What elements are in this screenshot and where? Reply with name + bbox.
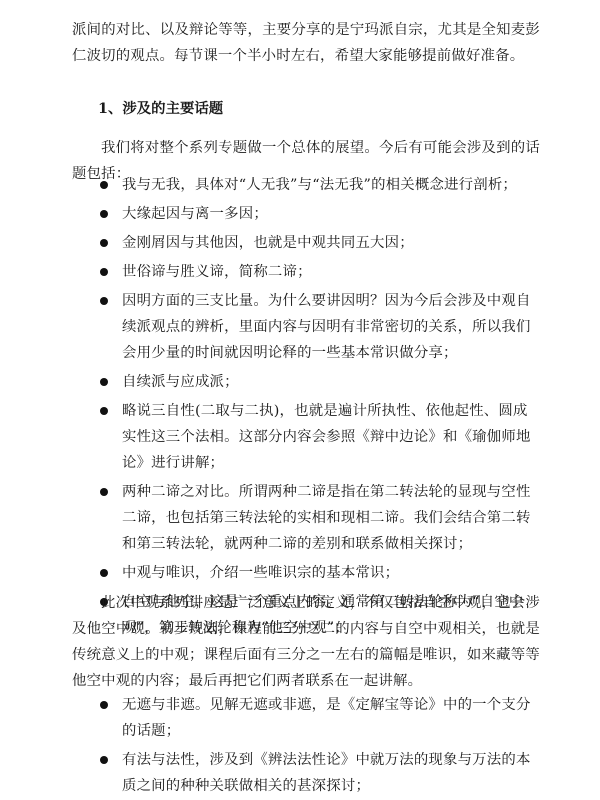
summary-paragraph: 此次中观系列讲座是广泛意义上的定义，不仅包括自空中观，也会涉及他空中观。初步规划… xyxy=(72,590,540,694)
list-item: 世俗谛与胜义谛，简称二谛； xyxy=(98,259,540,285)
intro-paragraph: 派间的对比、以及辩论等等，主要分享的是宁玛派自宗，尤其是全知麦彭仁波切的观点。每… xyxy=(72,17,540,69)
document-page: 派间的对比、以及辩论等等，主要分享的是宁玛派自宗，尤其是全知麦彭仁波切的观点。每… xyxy=(0,0,600,800)
bullet-icon xyxy=(100,701,108,709)
list-item: 我与无我，具体对“人无我”与“法无我”的相关概念进行剖析； xyxy=(98,172,540,198)
bullet-icon xyxy=(100,297,108,305)
bullet-icon xyxy=(100,378,108,386)
topic-list-continued: 无遮与非遮。见解无遮或非遮，是《定解宝等论》中的一个支分的话题； 有法与法性，涉… xyxy=(98,692,540,800)
bullet-icon xyxy=(100,210,108,218)
bullet-icon xyxy=(100,488,108,496)
list-item: 略说三自性(二取与二执)，也就是遍计所执性、依他起性、圆成实性这三个法相。这部分… xyxy=(98,398,540,476)
bullet-icon xyxy=(100,407,108,415)
bullet-icon xyxy=(100,239,108,247)
bullet-icon xyxy=(100,756,108,764)
list-item: 金刚屑因与其他因，也就是中观共同五大因； xyxy=(98,230,540,256)
list-item: 自续派与应成派； xyxy=(98,369,540,395)
list-item: 中观与唯识，介绍一些唯识宗的基本常识； xyxy=(98,560,540,586)
topic-list: 我与无我，具体对“人无我”与“法无我”的相关概念进行剖析； 大缘起因与离一多因；… xyxy=(98,172,540,644)
list-item: 有法与法性，涉及到《辨法法性论》中就万法的现象与万法的本质之间的种种关联做相关的… xyxy=(98,747,540,799)
bullet-icon xyxy=(100,268,108,276)
section-heading: 1、涉及的主要话题 xyxy=(98,96,223,122)
list-item: 因明方面的三支比量。为什么要讲因明？因为今后会涉及中观自续派观点的辨析，里面内容… xyxy=(98,288,540,366)
bullet-icon xyxy=(100,569,108,577)
bullet-icon xyxy=(100,181,108,189)
list-item: 大缘起因与离一多因； xyxy=(98,201,540,227)
list-item: 两种二谛之对比。所谓两种二谛是指在第二转法轮的显现与空性二谛，也包括第三转法轮的… xyxy=(98,479,540,557)
list-item: 无遮与非遮。见解无遮或非遮，是《定解宝等论》中的一个支分的话题； xyxy=(98,692,540,744)
